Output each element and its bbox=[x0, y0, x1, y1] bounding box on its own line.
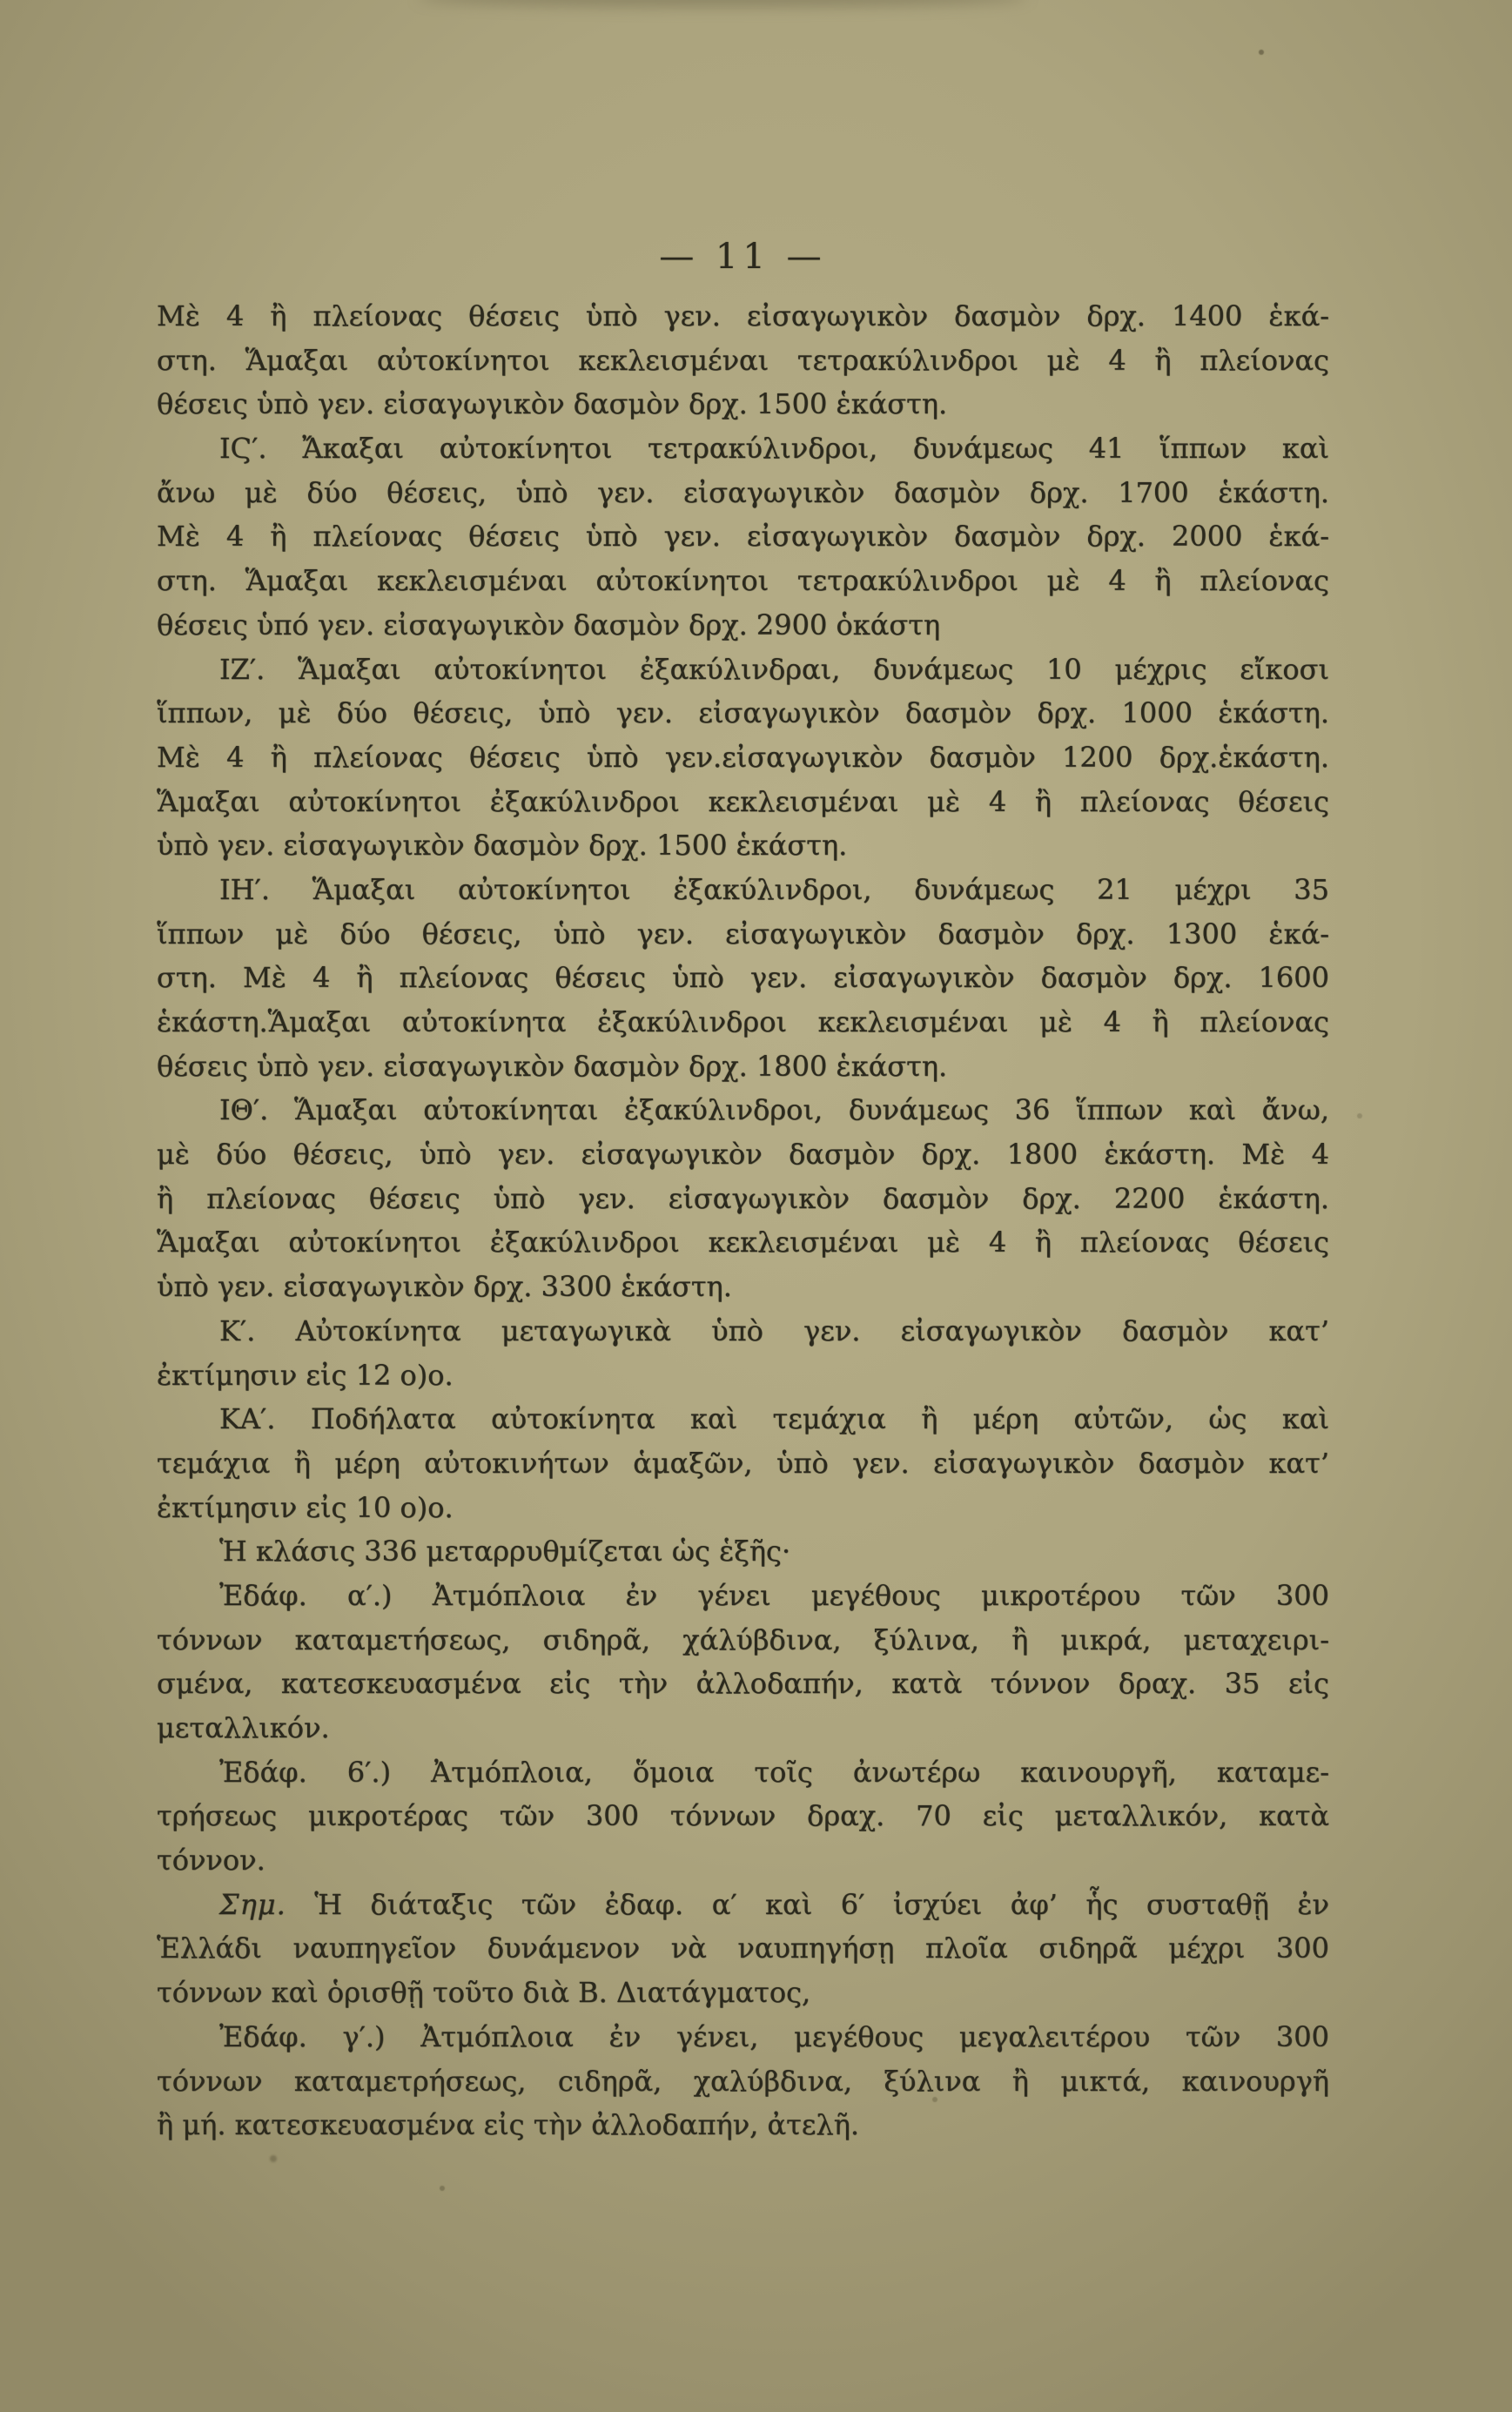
text-line: στη. Ἅμαξαι κεκλεισμέναι αὐτοκίνητοι τετ… bbox=[157, 559, 1329, 603]
text-line: Μὲ 4 ἢ πλείονας θέσεις ὑπὸ γεν. εἰσαγωγι… bbox=[157, 514, 1329, 559]
text-line: ἵππων, μὲ δύο θέσεις, ὑπὸ γεν. εἰσαγωγικ… bbox=[157, 691, 1329, 736]
text-line: ΚΑ′. Ποδήλατα αὐτοκίνητα καὶ τεμάχια ἢ μ… bbox=[157, 1397, 1329, 1441]
text-line: Ἡ κλάσις 336 μεταρρυθμίζεται ὡς ἑξῆς· bbox=[157, 1529, 1329, 1574]
text-line: τόννων καὶ ὁρισθῇ τοῦτο διὰ Β. Διατάγματ… bbox=[157, 1971, 1329, 2015]
text-line: θέσεις ὑπό γεν. εἰσαγωγικὸν δασμὸν δρχ. … bbox=[157, 603, 1329, 648]
text-line: ΙΗ′. Ἅμαξαι αὐτοκίνητοι ἐξακύλινδροι, δυ… bbox=[157, 868, 1329, 912]
text-line: θέσεις ὑπὸ γεν. εἰσαγωγικὸν δασμὸν δρχ. … bbox=[157, 1045, 1329, 1089]
text-line: θέσεις ὑπὸ γεν. εἰσαγωγικὸν δασμὸν δρχ. … bbox=[157, 382, 1329, 427]
text-line: Ἅμαξαι αὐτοκίνητοι ἐξακύλινδροι κεκλεισμ… bbox=[157, 780, 1329, 824]
text-line: ἢ μή. κατεσκευασμένα εἰς τὴν ἀλλοδαπήν, … bbox=[157, 2103, 1329, 2147]
text-line: ἢ πλείονας θέσεις ὑπὸ γεν. εἰσαγωγικὸν δ… bbox=[157, 1177, 1329, 1221]
note-label: Σημ. bbox=[219, 1888, 286, 1921]
paper-speck bbox=[0, 0, 3, 3]
text-line: ὑπὸ γεν. εἰσαγωγικὸν δρχ. 3300 ἑκάστη. bbox=[157, 1265, 1329, 1309]
text-line: ἐκτίμησιν εἰς 12 ο)ο. bbox=[157, 1354, 1329, 1398]
text-line: Ἑλλάδι ναυπηγεῖον δυνάμενον νὰ ναυπηγήσῃ… bbox=[157, 1926, 1329, 1971]
text-line: Ἐδάφ. 6′.) Ἀτμόπλοια, ὅμοια τοῖς ἀνωτέρω… bbox=[157, 1750, 1329, 1795]
scanned-page: — 11 — Μὲ 4 ἢ πλείονας θέσεις ὑπὸ γεν. ε… bbox=[0, 0, 1512, 2412]
text-line: Ἐδάφ. γ′.) Ἀτμόπλοια ἐν γένει, μεγέθους … bbox=[157, 2015, 1329, 2059]
text-line: μεταλλικόν. bbox=[157, 1706, 1329, 1750]
text-line: στη. Μὲ 4 ἢ πλείονας θέσεις ὑπὸ γεν. εἰσ… bbox=[157, 956, 1329, 1000]
text-line: Κ′. Αὐτοκίνητα μεταγωγικὰ ὑπὸ γεν. εἰσαγ… bbox=[157, 1309, 1329, 1354]
text-line: σμένα, κατεσκευασμένα εἰς τὴν ἀλλοδαπήν,… bbox=[157, 1662, 1329, 1706]
text-line: ὑπὸ γεν. εἰσαγωγικὸν δασμὸν δρχ. 1500 ἑκ… bbox=[157, 823, 1329, 868]
text-line: τόννων καταμετρήσεως, cιδηρᾶ, χαλύβδινα,… bbox=[157, 2059, 1329, 2104]
text-line: ΙΘ′. Ἅμαξαι αὐτοκίνηται ἐξακύλινδροι, δυ… bbox=[157, 1088, 1329, 1132]
text-line: τεμάχια ἢ μέρη αὐτοκινήτων ἁμαξῶν, ὑπὸ γ… bbox=[157, 1441, 1329, 1486]
text-line: μὲ δύο θέσεις, ὑπὸ γεν. εἰσαγωγικὸν δασμ… bbox=[157, 1132, 1329, 1177]
text-line: ΙΖ′. Ἅμαξαι αὐτοκίνητοι ἐξακύλινδραι, δυ… bbox=[157, 648, 1329, 692]
text-line: ἑκάστη.Ἅμαξαι αὐτοκίνητα ἐξακύλινδροι κε… bbox=[157, 1000, 1329, 1045]
text-line: Σημ. Ἡ διάταξις τῶν ἐδαφ. α′ καὶ 6′ ἰσχύ… bbox=[157, 1883, 1329, 1927]
text-line: τόννων καταμετήσεως, σιδηρᾶ, χάλύβδινα, … bbox=[157, 1618, 1329, 1663]
text-line: τρήσεως μικροτέρας τῶν 300 τόννων δραχ. … bbox=[157, 1794, 1329, 1838]
page-number: — 11 — bbox=[157, 237, 1329, 277]
text-line: Ἅμαξαι αὐτοκίνητοι ἐξακύλινδροι κεκλεισμ… bbox=[157, 1220, 1329, 1265]
text-line: στη. Ἅμαξαι αὐτοκίνητοι κεκλεισμέναι τετ… bbox=[157, 339, 1329, 383]
text-block: Μὲ 4 ἢ πλείονας θέσεις ὑπὸ γεν. εἰσαγωγι… bbox=[157, 294, 1329, 2147]
text-line: ἄνω μὲ δύο θέσεις, ὑπὸ γεν. εἰσαγωγικὸν … bbox=[157, 471, 1329, 515]
text-line: Μὲ 4 ἢ πλείονας θέσεις ὑπὸ γεν.εἰσαγωγικ… bbox=[157, 736, 1329, 780]
text-line: ΙϚ′. Ἄκαξαι αὐτοκίνητοι τετρακύλινδροι, … bbox=[157, 427, 1329, 471]
text-line: τόννον. bbox=[157, 1838, 1329, 1883]
text-line: ἐκτίμησιν εἰς 10 ο)ο. bbox=[157, 1486, 1329, 1530]
text-line: ἵππων μὲ δύο θέσεις, ὑπὸ γεν. εἰσαγωγικὸ… bbox=[157, 912, 1329, 957]
text-line: Μὲ 4 ἢ πλείονας θέσεις ὑπὸ γεν. εἰσαγωγι… bbox=[157, 294, 1329, 339]
text-line: Ἐδάφ. α′.) Ἀτμόπλοια ἐν γένει μεγέθους μ… bbox=[157, 1574, 1329, 1618]
